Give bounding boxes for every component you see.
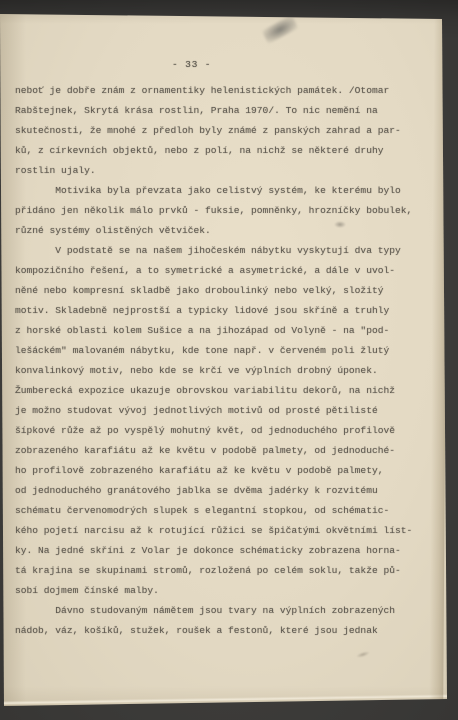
text-line: tá krajina se skupinami stromů, rozložen… <box>15 561 427 581</box>
text-line: V podstatě se na našem jihočeském nábytk… <box>15 241 427 261</box>
text-line: Žumberecká expozice ukazuje obrovskou va… <box>15 381 427 401</box>
speck-mark <box>356 650 371 659</box>
text-line: lešáckém" malovaném nábytku, kde tone na… <box>15 341 427 361</box>
text-line: nádob, váz, košíků, stužek, roušek a fes… <box>15 621 427 641</box>
text-line: je možno studovat vývoj jednotlivých mot… <box>15 401 427 421</box>
text-line: schématu červenomodrých slupek s elegant… <box>15 501 427 521</box>
photo-background: - 33 - neboť je dobře znám z ornamentiky… <box>0 0 458 720</box>
text-line: konvalinkový motiv, nebo kde se krčí ve … <box>15 361 427 381</box>
page-bottom-edge-highlight <box>3 694 448 705</box>
text-line: rostlin ujaly. <box>15 161 427 181</box>
text-line: různé systémy olistěných větviček. <box>15 221 427 241</box>
text-line: zobrazeného karafiátu až ke květu v podo… <box>15 441 427 461</box>
text-line: kompozičního řešení, a to symetrické a a… <box>15 261 427 281</box>
text-line: přidáno jen několik málo prvků - fuksie,… <box>15 201 427 221</box>
text-line: ky. Na jedné skříni z Volar je dokonce s… <box>15 541 427 561</box>
text-line: skutečnosti, že mnohé z předloh byly zná… <box>15 121 427 141</box>
text-line: od jednoduchého granátového jablka se dv… <box>15 481 427 501</box>
text-line: Rabštejnek, Skrytá krása rostlin, Praha … <box>15 101 427 121</box>
smudge-mark <box>261 15 298 44</box>
document-page: - 33 - neboť je dobře znám z ornamentiky… <box>0 0 458 720</box>
text-line: ků, z církevních objektů, nebo z polí, n… <box>15 141 427 161</box>
body-text: neboť je dobře znám z ornamentiky heleni… <box>15 81 427 641</box>
text-line: Motivika byla převzata jako celistvý sys… <box>15 181 427 201</box>
page-right-edge-shading <box>429 16 448 706</box>
text-line: ho profilově zobrazeného karafiátu až ke… <box>15 461 427 481</box>
text-line: z horské oblasti kolem Sušice a na jihoz… <box>15 321 427 341</box>
text-line: něné nebo kompresní skladbě jako droboul… <box>15 281 427 301</box>
text-line: šípkové růže až po vyspělý mohutný květ,… <box>15 421 427 441</box>
text-line: motiv. Skladebně nejprostší a typicky li… <box>15 301 427 321</box>
text-line: Dávno studovaným námětem jsou tvary na v… <box>15 601 427 621</box>
page-number: - 33 - <box>172 59 211 71</box>
text-line: sobí dojmem čínské malby. <box>15 581 427 601</box>
text-line: neboť je dobře znám z ornamentiky heleni… <box>15 81 427 101</box>
text-line: kého pojetí narcisu až k rotující růžici… <box>15 521 427 541</box>
